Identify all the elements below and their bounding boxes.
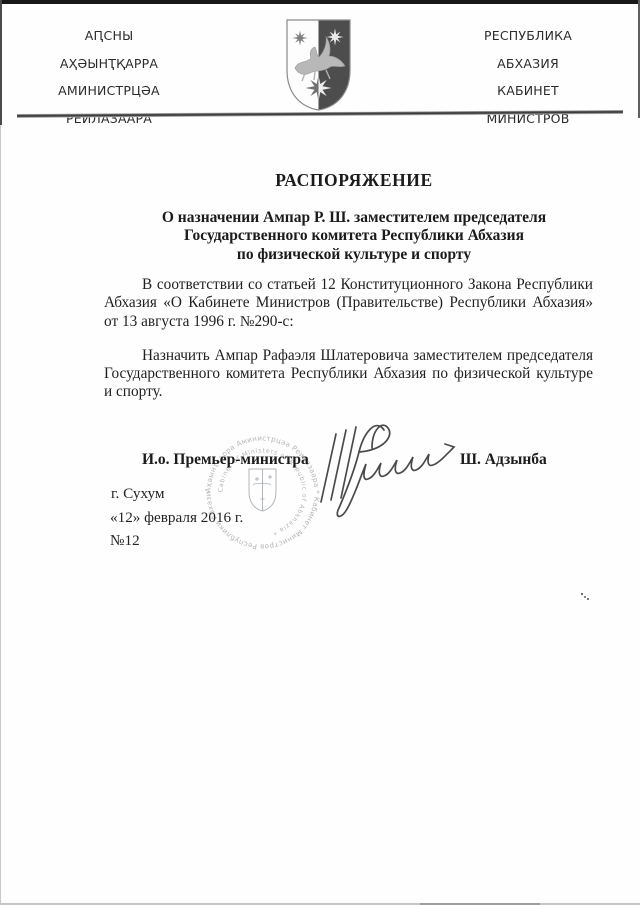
stamp-center-shield xyxy=(249,469,276,511)
scanned-document-page: АԤСНЫ АҲӘЫНҬҚАРРА АМИНИСТРЦӘА РЕИЛАЗААРА… xyxy=(0,0,640,905)
body-line: В соответствии со статьей 12 Конституцио… xyxy=(104,276,593,294)
subject-line-3: по физической культуре и спорту xyxy=(68,246,640,264)
letterhead-russian-block: РЕСПУБЛИКА АБХАЗИЯ КАБИНЕТ МИНИСТРОВ xyxy=(456,22,600,132)
body-line: Государственного комитета Республики Абх… xyxy=(104,365,593,383)
place-line: г. Сухум xyxy=(111,485,164,503)
body-paragraph-2: Назначить Ампар Рафаэля Шлатеровича заме… xyxy=(104,347,593,402)
body-line: Абхазия «О Кабинете Министров (Правитель… xyxy=(104,294,593,312)
body-paragraph-1: В соответствии со статьей 12 Конституцио… xyxy=(104,276,593,331)
subject-line-1: О назначении Ампар Р. Ш. заместителем пр… xyxy=(68,209,640,227)
document-title: РАСПОРЯЖЕНИЕ xyxy=(68,170,640,191)
body-line: от 13 августа 1996 г. №290-с: xyxy=(104,313,593,331)
body-line: Назначить Ампар Рафаэля Шлатеровича заме… xyxy=(104,347,593,365)
abkhazia-coat-of-arms-icon xyxy=(285,18,352,112)
subject-line-2: Государственного комитета Республики Абх… xyxy=(68,227,640,245)
scan-left-edge-dark xyxy=(0,0,2,125)
document-body: В соответствии со статьей 12 Конституцио… xyxy=(104,276,593,402)
scan-left-edge xyxy=(0,0,1,905)
body-line: и спорту. xyxy=(104,383,593,401)
signer-position-title: И.о. Премьер-министра xyxy=(142,451,309,469)
scan-top-edge xyxy=(0,0,640,4)
letterhead-russian-line-2: КАБИНЕТ xyxy=(456,77,600,105)
scan-speck-artifact xyxy=(581,593,583,595)
letterhead-abkhaz-line-1: АԤСНЫ АҲӘЫНҬҚАРРА xyxy=(36,22,182,77)
document-subject: О назначении Ампар Р. Ш. заместителем пр… xyxy=(68,209,640,264)
signer-name: Ш. Адзынба xyxy=(460,451,547,469)
official-seal-stamp: Аҳәынҭқарра Аминистрцәа Реилазаара * Каб… xyxy=(197,427,328,558)
date-line: «12» февраля 2016 г. xyxy=(110,509,243,527)
letterhead-russian-line-1: РЕСПУБЛИКА АБХАЗИЯ xyxy=(456,22,600,77)
signature-autograph xyxy=(314,414,472,530)
document-number: №12 xyxy=(110,532,140,550)
letterhead-russian-line-3: МИНИСТРОВ xyxy=(456,105,600,133)
letterhead-abkhaz-line-3: РЕИЛАЗААРА xyxy=(36,105,182,133)
letterhead-abkhaz-line-2: АМИНИСТРЦӘА xyxy=(36,77,182,105)
